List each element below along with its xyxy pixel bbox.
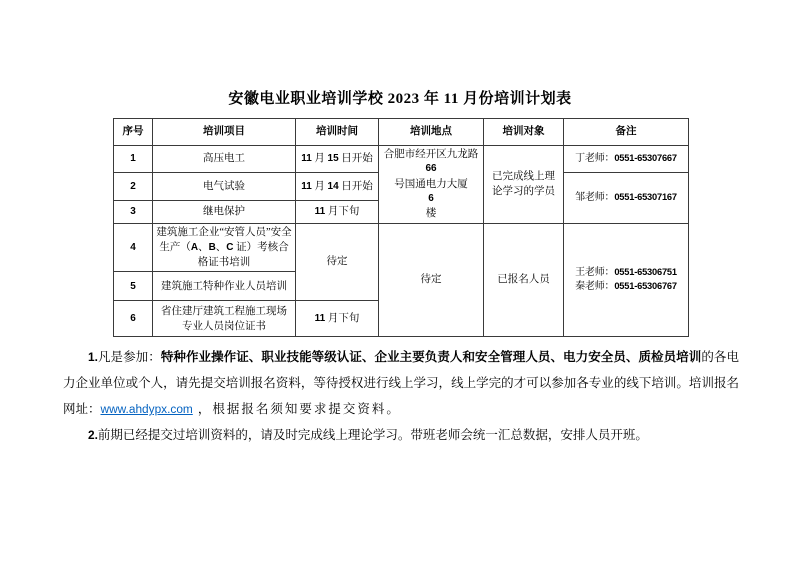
col-header-project: 培训项目 xyxy=(153,119,296,146)
table-row: 4 建筑施工企业“安管人员”安全生产（A、B、C 证）考核合格证书培训 待定 待… xyxy=(114,223,689,272)
cell-time: 11 月下旬 xyxy=(296,301,379,337)
cell-index: 1 xyxy=(114,146,153,173)
cell-project: 继电保护 xyxy=(153,200,296,223)
cell-audience-merged: 已报名人员 xyxy=(484,223,564,337)
cell-time: 11 月下旬 xyxy=(296,200,379,223)
note-1-bold-text: 特种作业操作证、职业技能等级认证、企业主要负责人和安全管理人员、电力安全员、质检… xyxy=(161,350,702,364)
page-title: 安徽电业职业培训学校 2023 年 11 月份培训计划表 xyxy=(0,87,800,108)
cell-note: 丁老师：0551-65307667 xyxy=(564,146,689,173)
notes-section: 1.凡是参加：特种作业操作证、职业技能等级认证、企业主要负责人和安全管理人员、电… xyxy=(63,344,739,448)
cell-location-merged: 待定 xyxy=(379,223,484,337)
note-line-1: 王老师：0551-65306751 xyxy=(567,266,685,281)
cell-project: 高压电工 xyxy=(153,146,296,173)
note-paragraph-2: 2.前期已经提交过培训资料的，请及时完成线上理论学习。带班老师会统一汇总数据，安… xyxy=(63,422,739,448)
cell-time: 11 月 15 日开始 xyxy=(296,146,379,173)
cell-index: 4 xyxy=(114,223,153,272)
note-2-number: 2. xyxy=(88,428,98,442)
col-header-location: 培训地点 xyxy=(379,119,484,146)
cell-audience-merged: 已完成线上理论学习的学员 xyxy=(484,146,564,224)
cell-project: 省住建厅建筑工程施工现场专业人员岗位证书 xyxy=(153,301,296,337)
cell-time-merged: 待定 xyxy=(296,223,379,301)
cell-index: 6 xyxy=(114,301,153,337)
location-line-2: 66号国通电力大厦6楼 xyxy=(382,162,480,221)
col-header-index: 序号 xyxy=(114,119,153,146)
cell-index: 5 xyxy=(114,272,153,301)
note-paragraph-1: 1.凡是参加：特种作业操作证、职业技能等级认证、企业主要负责人和安全管理人员、电… xyxy=(63,344,739,422)
cell-project: 建筑施工企业“安管人员”安全生产（A、B、C 证）考核合格证书培训 xyxy=(153,223,296,272)
note-1-tail-text: ，根据报名须知要求提交资料。 xyxy=(193,402,401,416)
cell-note-merged: 王老师：0551-65306751 秦老师：0551-65306767 xyxy=(564,223,689,337)
cell-index: 2 xyxy=(114,173,153,201)
cell-project: 电气试验 xyxy=(153,173,296,201)
cell-location-merged: 合肥市经开区九龙路 66号国通电力大厦6楼 xyxy=(379,146,484,224)
training-plan-table: 序号 培训项目 培训时间 培训地点 培训对象 备注 1 高压电工 11 月 15… xyxy=(113,118,689,337)
cell-project: 建筑施工特种作业人员培训 xyxy=(153,272,296,301)
col-header-time: 培训时间 xyxy=(296,119,379,146)
signup-website-link[interactable]: www.ahdypx.com xyxy=(101,402,193,416)
col-header-note: 备注 xyxy=(564,119,689,146)
location-line-1: 合肥市经开区九龙路 xyxy=(382,147,480,162)
cell-note-merged: 邹老师：0551-65307167 xyxy=(564,173,689,224)
col-header-audience: 培训对象 xyxy=(484,119,564,146)
table-header-row: 序号 培训项目 培训时间 培训地点 培训对象 备注 xyxy=(114,119,689,146)
cell-time: 11 月 14 日开始 xyxy=(296,173,379,201)
note-1-number: 1. xyxy=(88,350,98,364)
note-line-2: 秦老师：0551-65306767 xyxy=(567,280,685,295)
table-row: 1 高压电工 11 月 15 日开始 合肥市经开区九龙路 66号国通电力大厦6楼… xyxy=(114,146,689,173)
cell-index: 3 xyxy=(114,200,153,223)
document-page: 安徽电业职业培训学校 2023 年 11 月份培训计划表 序号 培训项目 培训时… xyxy=(0,0,800,565)
note-2-text: 前期已经提交过培训资料的，请及时完成线上理论学习。带班老师会统一汇总数据，安排人… xyxy=(98,428,648,442)
note-1-lead: 凡是参加： xyxy=(98,350,161,364)
